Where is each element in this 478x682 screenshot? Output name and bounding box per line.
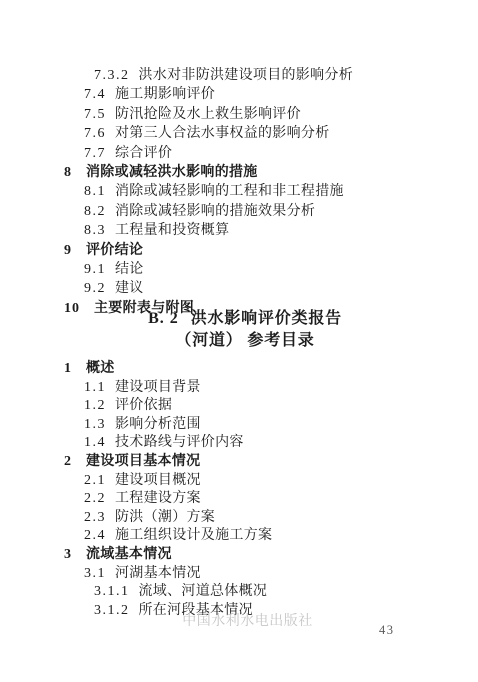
toc-item-title: 结论 <box>115 262 144 277</box>
toc-item-number: 8.2 <box>84 204 106 219</box>
toc-item-title: 评价依据 <box>115 398 172 413</box>
toc-item-title: 河湖基本情况 <box>115 566 201 581</box>
toc-item-3: 3流域基本情况 <box>0 546 478 565</box>
toc-item-2: 2建设项目基本情况 <box>0 453 478 472</box>
toc-item-title: 评价结论 <box>86 243 143 258</box>
toc-item-9: 9评价结论 <box>0 241 478 260</box>
toc-item-title: 影响分析范围 <box>115 417 201 432</box>
toc-item-7-7: 7.7综合评价 <box>0 144 478 163</box>
toc-item-3-1: 3.1河湖基本情况 <box>0 565 478 584</box>
toc-item-title: 消除或减轻影响的工程和非工程措施 <box>115 184 344 199</box>
toc-item-number: 7.4 <box>84 87 106 102</box>
toc-item-number: 9 <box>64 243 72 258</box>
toc-item-8-1: 8.1消除或减轻影响的工程和非工程措施 <box>0 182 478 201</box>
toc-item-title: 对第三人合法水事权益的影响分析 <box>115 126 330 141</box>
toc-item-7-5: 7.5防汛抢险及水上救生影响评价 <box>0 105 478 124</box>
toc-item-2-3: 2.3防洪（潮）方案 <box>0 509 478 528</box>
toc-item-number: 1 <box>64 361 72 376</box>
toc-item-7-3-2: 7.3.2洪水对非防洪建设项目的影响分析 <box>0 66 478 85</box>
toc-item-2-2: 2.2工程建设方案 <box>0 490 478 509</box>
toc-item-title: 施工期影响评价 <box>115 87 215 102</box>
toc-item-1-2: 1.2评价依据 <box>0 397 478 416</box>
toc-item-number: 3.1.1 <box>94 584 130 599</box>
toc-item-8-2: 8.2消除或减轻影响的措施效果分析 <box>0 202 478 221</box>
toc-item-number: 1.1 <box>84 380 106 395</box>
toc-item-title: 建设项目基本情况 <box>86 454 200 469</box>
toc-item-title: 建设项目背景 <box>115 380 201 395</box>
toc-continuation-list: 7.3.2洪水对非防洪建设项目的影响分析 7.4施工期影响评价 7.5防汛抢险及… <box>0 66 478 318</box>
appendix-title-line1: 洪水影响评价类报告 <box>191 310 342 327</box>
toc-item-number: 8.3 <box>84 223 106 238</box>
toc-river-list: 1概述 1.1建设项目背景 1.2评价依据 1.3影响分析范围 1.4技术路线与… <box>0 360 478 620</box>
toc-item-9-2: 9.2建议 <box>0 279 478 298</box>
toc-item-title: 建设项目概况 <box>115 473 201 488</box>
toc-item-1-4: 1.4技术路线与评价内容 <box>0 434 478 453</box>
appendix-heading-line1: B. 2洪水影响评价类报告 <box>12 308 478 330</box>
toc-item-1-3: 1.3影响分析范围 <box>0 416 478 435</box>
toc-item-number: 1.4 <box>84 435 106 450</box>
toc-item-title: 防汛抢险及水上救生影响评价 <box>115 107 301 122</box>
toc-item-title: 施工组织设计及施工方案 <box>115 528 272 543</box>
toc-item-number: 8 <box>64 165 72 180</box>
toc-item-1: 1概述 <box>0 360 478 379</box>
toc-item-title: 技术路线与评价内容 <box>115 435 244 450</box>
toc-item-7-6: 7.6对第三人合法水事权益的影响分析 <box>0 124 478 143</box>
toc-item-title: 流域、河道总体概况 <box>139 584 268 599</box>
toc-item-3-1-1: 3.1.1流域、河道总体概况 <box>0 583 478 602</box>
toc-item-number: 7.6 <box>84 126 106 141</box>
page-number: 43 <box>379 623 395 638</box>
toc-item-number: 7.5 <box>84 107 106 122</box>
toc-item-title: 工程建设方案 <box>115 491 201 506</box>
toc-item-number: 3.1 <box>84 566 106 581</box>
toc-item-number: 7.3.2 <box>94 68 130 83</box>
document-page: 7.3.2洪水对非防洪建设项目的影响分析 7.4施工期影响评价 7.5防汛抢险及… <box>0 0 478 682</box>
toc-item-title: 建议 <box>115 281 144 296</box>
toc-item-8-3: 8.3工程量和投资概算 <box>0 221 478 240</box>
toc-item-number: 2 <box>64 454 72 469</box>
toc-item-number: 9.2 <box>84 281 106 296</box>
appendix-heading: B. 2洪水影响评价类报告 （河道） 参考目录 <box>12 308 478 351</box>
toc-item-title: 概述 <box>86 361 115 376</box>
toc-item-title: 消除或减轻影响的措施效果分析 <box>115 204 315 219</box>
toc-item-number: 2.2 <box>84 491 106 506</box>
toc-item-number: 2.1 <box>84 473 106 488</box>
toc-item-title: 消除或减轻洪水影响的措施 <box>86 165 258 180</box>
toc-item-number: 2.4 <box>84 528 106 543</box>
toc-item-title: 防洪（潮）方案 <box>115 510 215 525</box>
toc-item-9-1: 9.1结论 <box>0 260 478 279</box>
toc-item-number: 8.1 <box>84 184 106 199</box>
toc-item-8: 8消除或减轻洪水影响的措施 <box>0 163 478 182</box>
toc-item-title: 综合评价 <box>115 146 172 161</box>
toc-item-2-1: 2.1建设项目概况 <box>0 472 478 491</box>
toc-item-title: 工程量和投资概算 <box>115 223 229 238</box>
toc-item-number: 2.3 <box>84 510 106 525</box>
toc-item-title: 洪水对非防洪建设项目的影响分析 <box>139 68 354 83</box>
toc-item-2-4: 2.4施工组织设计及施工方案 <box>0 527 478 546</box>
toc-item-7-4: 7.4施工期影响评价 <box>0 85 478 104</box>
toc-item-1-1: 1.1建设项目背景 <box>0 379 478 398</box>
toc-item-number: 1.2 <box>84 398 106 413</box>
publisher-watermark: 中国水利水电出版社 <box>17 610 478 630</box>
appendix-number: B. 2 <box>148 310 179 327</box>
appendix-title-line2: （河道） 参考目录 <box>12 330 478 352</box>
toc-item-number: 3 <box>64 547 72 562</box>
toc-item-title: 流域基本情况 <box>86 547 172 562</box>
toc-item-number: 7.7 <box>84 146 106 161</box>
toc-item-number: 9.1 <box>84 262 106 277</box>
toc-item-number: 1.3 <box>84 417 106 432</box>
